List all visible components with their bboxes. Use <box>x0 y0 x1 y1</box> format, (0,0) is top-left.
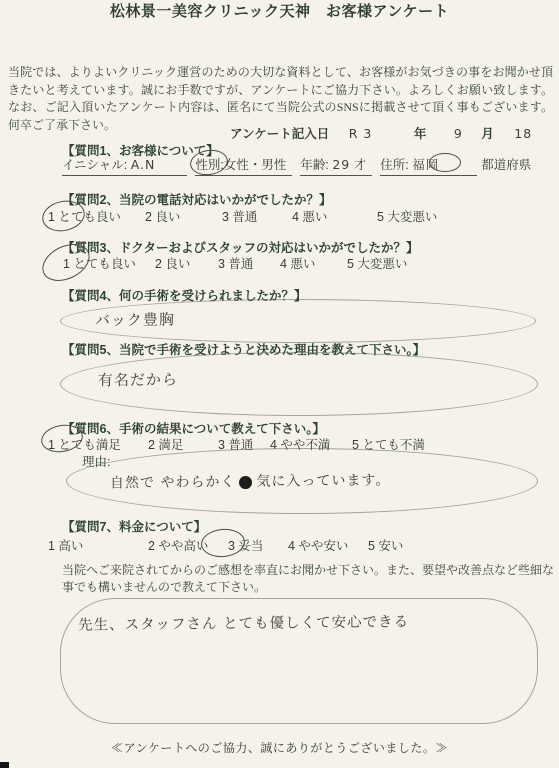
q6-reason-label: 理由: <box>82 452 110 470</box>
q2-option-5: 5 大変悪い <box>377 207 437 225</box>
q6-reason-text-pre: 自然で やわらかく <box>110 474 236 491</box>
age-unit: 才 <box>354 158 367 172</box>
initial-value-handwritten: A.N <box>131 157 156 172</box>
q3-option-2: 2 良い <box>155 254 218 272</box>
q6-reason-handwritten: 自然で やわらかく気に入っています。 <box>110 470 391 493</box>
closing-text: ≪アンケートへのご協力、誠にありがとうございました。≫ <box>0 739 559 756</box>
feedback-answer-handwritten: 先生、スタッフさん とても優しくて安心できる <box>78 610 409 634</box>
address-field: 住所: 福岡 <box>380 155 477 176</box>
date-era-handwritten: R 3 <box>349 126 373 141</box>
q6-reason-text-post: 気に入っています。 <box>256 473 390 490</box>
q7-header: 【質問7、料金について】 <box>62 517 206 535</box>
date-month-unit: 月 <box>481 127 494 141</box>
prefecture-suffix: 都道府県 <box>481 155 537 175</box>
q2-header: 【質問2、当院の電話対応はいかがでしたか？】 <box>62 190 331 208</box>
q2-options: 1 とても良い2 良い3 普通4 悪い5 大変悪い <box>48 207 437 225</box>
date-day-handwritten: 18 <box>514 126 532 141</box>
q3-option-4: 4 悪い <box>280 254 347 272</box>
date-year-unit: 年 <box>414 127 427 141</box>
q3-options: 1 とても良い2 良い3 普通4 悪い5 大変悪い <box>63 254 407 272</box>
initial-field: イニシャル: A.N <box>62 155 187 176</box>
date-label: アンケート記入日 <box>230 127 329 141</box>
address-label: 住所: <box>380 158 408 172</box>
q1-fields-row: イニシャル: A.N性別:女性・男性年齢: 29 才住所: 福岡都道府県 <box>62 155 537 176</box>
age-value-handwritten: 29 <box>332 157 350 172</box>
age-field: 年齢: 29 才 <box>300 155 372 176</box>
q7-option-5: 5 安い <box>368 536 403 554</box>
q5-answer-handwritten: 有名だから <box>98 369 178 391</box>
q7-selection-circle <box>200 527 246 559</box>
prefecture-suffix-text: 都道府 <box>481 158 519 172</box>
prefecture-selection-circle <box>429 153 461 172</box>
q2-option-4: 4 悪い <box>292 207 377 225</box>
redaction-mark <box>239 475 252 488</box>
survey-page: 松林景一美容クリニック天神 お客様アンケート 当院では、よりよいクリニック運営の… <box>0 0 559 768</box>
clinic-title: 松林景一美容クリニック天神 お客様アンケート <box>0 0 559 21</box>
q4-answer-handwritten: バック豊胸 <box>95 309 175 331</box>
gender-option-male: ・男性 <box>249 158 287 172</box>
q3-option-3: 3 普通 <box>218 254 280 272</box>
date-line: アンケート記入日 R 3 年 9 月 18 日 <box>230 124 559 142</box>
scan-artifact <box>0 762 9 768</box>
feedback-prompt: 当院へご来院されてからのご感想を率直にお聞かせ下さい。また、要望や改善点など些細… <box>62 562 554 596</box>
age-label: 年齢: <box>300 158 328 172</box>
q7-option-4: 4 やや安い <box>288 536 368 554</box>
q2-option-2: 2 良い <box>145 207 222 225</box>
date-month-handwritten: 9 <box>454 126 463 141</box>
q7-option-1: 1 高い <box>48 536 148 554</box>
q2-option-3: 3 普通 <box>222 207 292 225</box>
q3-option-5: 5 大変悪い <box>347 254 407 272</box>
initial-label: イニシャル: <box>62 158 127 172</box>
prefecture-circled-char: 県 <box>519 158 532 172</box>
